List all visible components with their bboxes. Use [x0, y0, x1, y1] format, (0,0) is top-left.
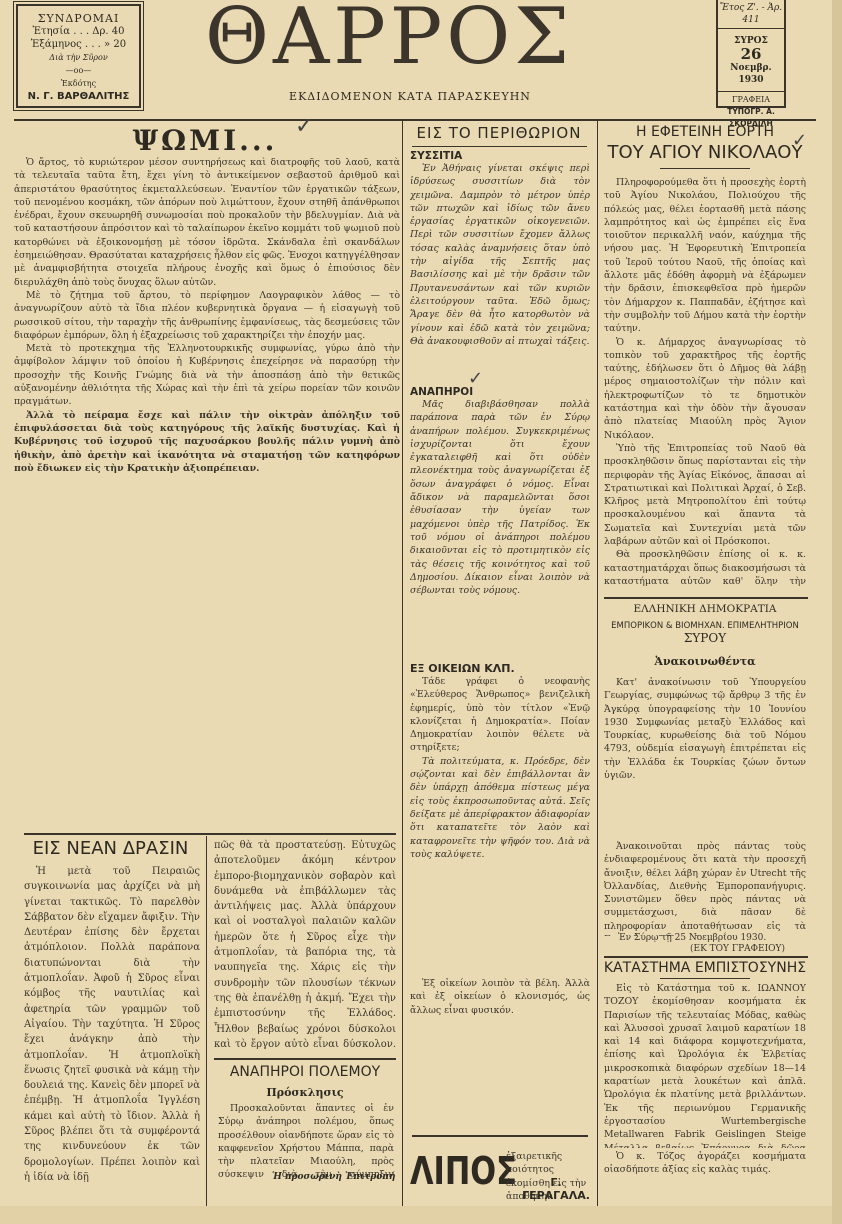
nea-drasi-col1: Ἡ μετὰ τοῦ Πειραιῶς συγκοινωνία μας ἀρχί… — [24, 864, 200, 1216]
ex-oikeion-body: Τάδε γράφει ὁ νεοφανὴς «Ἐλεύθερος Ἄνθρωπ… — [410, 675, 590, 975]
checkmark-annotation: ✓ — [295, 114, 313, 139]
newspaper-page: ΣΥΝΔΡΟΜΑΙ Ἐτησία . . . Δρ. 40 Ἑξάμηνος .… — [0, 0, 832, 1224]
masthead-title: ΘΑΡΡΟΣ — [205, 0, 565, 80]
notice-title: ΑΝΑΠΗΡΟΙ ΠΟΛΕΜΟΥ — [214, 1064, 396, 1080]
anapiroi-title: ΑΝΑΠΗΡΟΙ — [410, 386, 590, 398]
rule — [412, 1135, 588, 1137]
bottom-margin — [0, 1206, 832, 1224]
paragraph: Ὁ ἄρτος, τὸ κυριώτερον μέσον συντηρήσεως… — [14, 156, 400, 289]
issue-number: Ἔτος Ζ'. - Ἀρ. 411 — [718, 0, 784, 29]
ex-oikeion-end: Ἐξ οἰκείων λοιπὸν τὰ βέλη. Ἀλλὰ καὶ ἐξ ο… — [410, 977, 590, 1017]
rule — [412, 146, 587, 147]
annual-price: Ἐτησία . . . Δρ. 40 — [18, 25, 139, 38]
store-body-end: Ὁ κ. Τόζος ἀγοράζει κοσμήματα οἱασδήποτε… — [604, 1150, 806, 1177]
store-body: Εἰς τὸ Κατάστημα τοῦ κ. ΙΩΑΝΝΟΥ ΤΟΖΟΥ ἐκ… — [604, 982, 806, 1148]
paragraph: Μετὰ τὸ προτεκχημα τῆς Ἑλληνοτουρκικῆς σ… — [14, 342, 400, 408]
article-body-agios-nikolaos: Πληροφορούμεθα ὅτι ἡ προσεχὴς ἑορτὴ τοῦ … — [604, 176, 806, 586]
subscription-scope: Διὰ τὴν Σῦρον — [18, 51, 139, 64]
paragraph: Ὑπὸ τῆς Ἐπιτροπείας τοῦ Ναοῦ θὰ προσκληθ… — [604, 442, 806, 548]
semiannual-price: Ἑξάμηνος . . . » 20 — [18, 38, 139, 51]
paragraph: Κατ' ἀνακοίνωσιν τοῦ Ὑπουργείου Γεωργίας… — [604, 676, 806, 782]
notice-signature: Ἡ προσωρινὴ Ἐπιτροπή — [272, 1172, 395, 1182]
store-title: ΚΑΤΑΣΤΗΜΑ ΕΜΠΙΣΤΟΣΥΝΗΣ — [600, 960, 810, 976]
notice-subtitle: Πρόσκλησις — [214, 1086, 396, 1099]
rule — [604, 956, 808, 958]
ex-oikeion-title: ΕΞ ΟΙΚΕΙΩΝ ΚΛΠ. — [410, 662, 590, 675]
chamber-place: ΣΥΡΟΥ — [600, 631, 810, 645]
rule — [660, 168, 750, 169]
article-title-psomi: ΨΩΜΙ... — [90, 124, 320, 157]
column-rule — [206, 836, 207, 1221]
paragraph: Εἰς τὸ Κατάστημα τοῦ κ. ΙΩΑΝΝΟΥ ΤΟΖΟΥ ἐκ… — [604, 982, 806, 1148]
chamber-body-2: Ἀνακοινοῦται πρὸς πάντας τοὺς ἐνδιαφερομ… — [604, 840, 806, 936]
ad-lipos-big: ΛΙΠΟΣ — [410, 1146, 517, 1196]
rule — [660, 978, 750, 979]
syssitia-body: Ἐν Ἀθήναις γίνεται σκέψις περὶ ἱδρύσεως … — [410, 162, 590, 382]
paragraph: Προσκαλοῦνται ἅπαντες οἱ ἐν Σύρῳ ἀνάπηρο… — [218, 1102, 394, 1182]
chamber-subtitle: Ἀνακοινωθέντα — [600, 655, 810, 668]
paragraph: Τάδε γράφει ὁ νεοφανὴς «Ἐλεύθερος Ἄνθρωπ… — [410, 675, 590, 755]
notice-body: Προσκαλοῦνται ἅπαντες οἱ ἐν Σύρῳ ἀνάπηρο… — [218, 1102, 394, 1182]
column-rule — [402, 120, 403, 1220]
paragraph: Πληροφορούμεθα ὅτι ἡ προσεχὴς ἑορτὴ τοῦ … — [604, 176, 806, 336]
rule — [24, 833, 396, 835]
paragraph: Τὰ πολιτεύματα, κ. Πρόεδρε, δὲν σῴζονται… — [410, 755, 590, 861]
paragraph: Ὁ κ. Τόζος ἀγοράζει κοσμήματα οἱασδήποτε… — [604, 1150, 806, 1177]
ornament: —oo— — [18, 64, 139, 77]
checkmark-annotation: ✓ — [468, 368, 483, 389]
masthead-subtitle: ΕΚΔΙΔΟΜΕΝΟΝ ΚΑΤΑ ΠΑΡΑΣΚΕΥΗΝ — [240, 90, 580, 103]
subscriptions-heading: ΣΥΝΔΡΟΜΑΙ — [18, 12, 139, 25]
syssitia-title: ΣΥΣΣΙΤΙΑ — [410, 150, 590, 162]
paragraph: Ἀλλὰ τὸ πείραμα ἔσχε καὶ πάλιν τὴν οἰκτρ… — [14, 409, 400, 475]
rule — [604, 597, 808, 599]
nea-drasi-title: ΕΙΣ ΝΕΑΝ ΔΡΑΣΙΝ — [18, 838, 203, 859]
publisher-label: Ἐκδότης — [18, 77, 139, 90]
offices-label: ΓΡΑΦΕΙΑ — [718, 91, 784, 106]
article-title-line1: Η ΕΦΕΤΕΙΝΗ ΕΟΡΤΗ — [600, 124, 810, 140]
anapiroi-body: Μᾶς διαβιβάσθησαν πολλὰ παράπονα παρὰ τῶ… — [410, 398, 590, 656]
article-body-psomi: Ὁ ἄρτος, τὸ κυριώτερον μέσον συντηρήσεως… — [14, 156, 400, 806]
page-edge — [832, 0, 842, 1224]
paragraph: Θὰ προσκληθῶσιν ἐπίσης οἱ κ. κ. καταστημ… — [604, 548, 806, 586]
nea-drasi-col2: πῶς θὰ τὰ προστατεύσῃ. Εὐτυχῶς ἀποτελοῦμ… — [214, 838, 396, 1050]
ad-lipos: ΛΙΠΟΣ ἐξαιρετικῆς ποιότητος ἐκομίσθη εἰς… — [410, 1146, 590, 1206]
publisher-name: Ν. Γ. ΒΑΡΘΑΛΙΤΗΣ — [18, 90, 139, 103]
chamber-notice: ΕΛΛΗΝΙΚΗ ΔΗΜΟΚΡΑΤΙΑ ΕΜΠΟΡΙΚΟΝ & ΒΙΟΜΗΧΑΝ… — [600, 603, 810, 668]
ad-lipos-name: Γ. ΓΕΡΑΓΑΛΑ. — [522, 1176, 590, 1202]
paragraph: Μᾶς διαβιβάσθησαν πολλὰ παράπονα παρὰ τῶ… — [410, 398, 590, 597]
checkmark-annotation: ✓ — [792, 130, 807, 151]
paragraph: Ἐξ οἰκείων λοιπὸν τὰ βέλη. Ἀλλὰ καὶ ἐξ ο… — [410, 977, 590, 1017]
paragraph: Ἡ μετὰ τοῦ Πειραιῶς συγκοινωνία μας ἀρχί… — [24, 864, 200, 1185]
column-rule — [597, 120, 598, 1220]
paragraph: Ἀνακοινοῦται πρὸς πάντας τοὺς ἐνδιαφερομ… — [604, 840, 806, 936]
margin-column: ΣΥΣΣΙΤΙΑ Ἐν Ἀθήναις γίνεται σκέψις περὶ … — [410, 150, 590, 1017]
section-title-margin: ΕΙΣ ΤΟ ΠΕΡΙΘΩΡΙΟΝ — [410, 124, 588, 142]
chamber-body-1: Κατ' ἀνακοίνωσιν τοῦ Ὑπουργείου Γεωργίας… — [604, 676, 806, 828]
article-title-line2: ΤΟΥ ΑΓΙΟΥ ΝΙΚΟΛΑΟΥ — [600, 142, 810, 163]
issue-date: Νοεμβρ. 1930 — [718, 62, 784, 86]
paragraph: Ὁ κ. Δήμαρχος ἀναγνωρίσας τὸ τοπικὸν τοῦ… — [604, 336, 806, 442]
issue-box: Ἔτος Ζ'. - Ἀρ. 411 ΣΥΡΟΣ 26 Νοεμβρ. 1930… — [716, 0, 786, 108]
subscriptions-box: ΣΥΝΔΡΟΜΑΙ Ἐτησία . . . Δρ. 40 Ἑξάμηνος .… — [16, 4, 141, 108]
chamber-name: ΕΜΠΟΡΙΚΟΝ & ΒΙΟΜΗΧΑΝ. ΕΠΙΜΕΛΗΤΗΡΙΟΝ — [600, 621, 810, 631]
paragraph: Μὲ τὸ ζήτημα τοῦ ἄρτου, τὸ περίφημον Λαο… — [14, 289, 400, 342]
rule — [214, 1058, 396, 1060]
chamber-sign: (ΕΚ ΤΟΥ ΓΡΑΦΕΙΟΥ) — [690, 943, 785, 956]
issue-day: 26 — [718, 47, 784, 62]
masthead-rule — [14, 119, 816, 121]
chamber-header: ΕΛΛΗΝΙΚΗ ΔΗΜΟΚΡΑΤΙΑ — [600, 603, 810, 615]
paragraph: πῶς θὰ τὰ προστατεύσῃ. Εὐτυχῶς ἀποτελοῦμ… — [214, 838, 396, 1050]
paragraph: Ἐν Ἀθήναις γίνεται σκέψις περὶ ἱδρύσεως … — [410, 162, 590, 348]
